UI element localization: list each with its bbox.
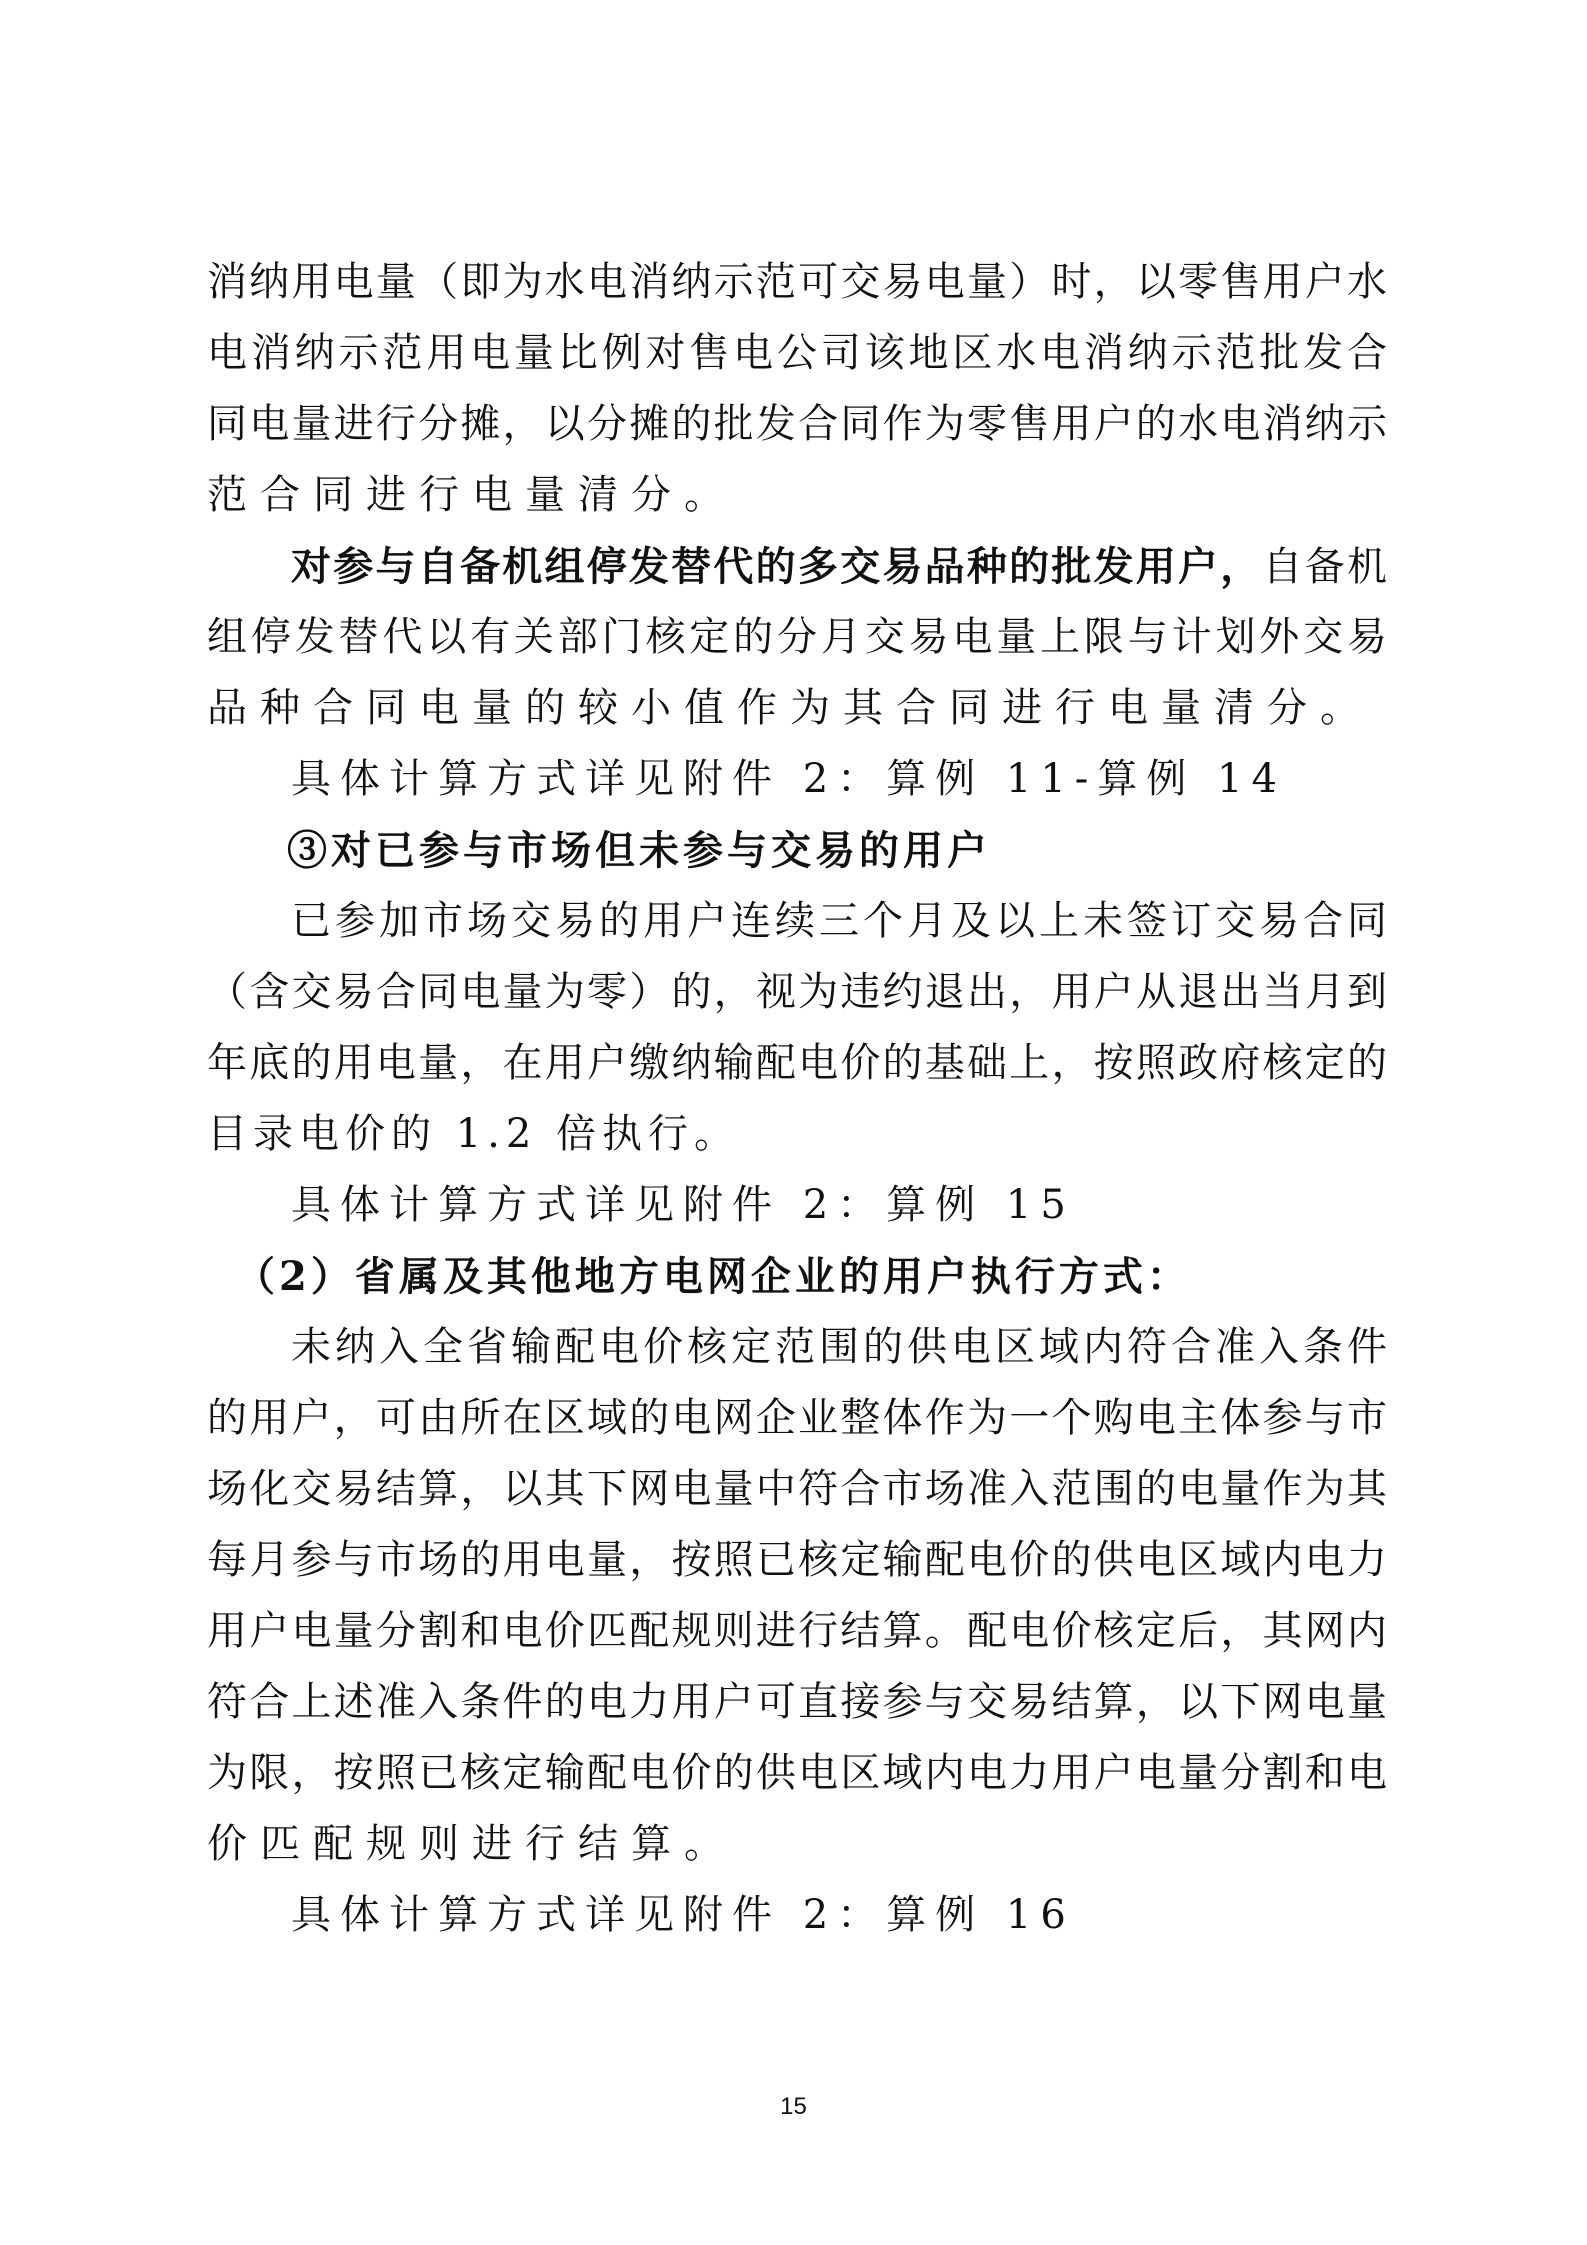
text-line: 价匹配规则进行结算。 [207, 1809, 1387, 1880]
line-text: 范合同进行电量清分。 [207, 460, 737, 531]
text-line: 范合同进行电量清分。 [207, 460, 1387, 531]
text-line: （2）省属及其他地方电网企业的用户执行方式： [207, 1241, 1387, 1312]
line-text: 电消纳示范用电量比例对售电公司该地区水电消纳示范批发合 [207, 318, 1387, 389]
reference-text: 具体计算方式详见附件 2：算例 11-算例 14 [291, 744, 1286, 815]
page-number: 15 [0, 2093, 1587, 2121]
text-line: 消纳用电量（即为水电消纳示范可交易电量）时，以零售用户水 [207, 247, 1387, 318]
line-text: 年底的用电量，在用户缴纳输配电价的基础上，按照政府核定的 [207, 1028, 1387, 1099]
line-text: 品种合同电量的较小值作为其合同进行电量清分。 [207, 673, 1373, 744]
bold-lead-text: 对参与自备机组停发替代的多交易品种的批发用户， [291, 543, 1263, 590]
text-line: 目录电价的 1.2 倍执行。 [207, 1099, 1387, 1170]
section-heading: ③对已参与市场但未参与交易的用户 [287, 815, 991, 886]
line-text: 符合上述准入条件的电力用户可直接参与交易结算，以下网电量 [207, 1667, 1387, 1738]
line-text: 每月参与市场的用电量，按照已核定输配电价的供电区域内电力 [207, 1525, 1387, 1596]
text-line: 具体计算方式详见附件 2：算例 16 [207, 1880, 1387, 1951]
line-text: 未纳入全省输配电价核定范围的供电区域内符合准入条件 [291, 1312, 1387, 1383]
text-line: 电消纳示范用电量比例对售电公司该地区水电消纳示范批发合 [207, 318, 1387, 389]
line-text: 价匹配规则进行结算。 [207, 1809, 737, 1880]
body-text: 消纳用电量（即为水电消纳示范可交易电量）时，以零售用户水 电消纳示范用电量比例对… [207, 247, 1407, 1951]
text-line: 未纳入全省输配电价核定范围的供电区域内符合准入条件 [207, 1312, 1387, 1383]
text-line: 符合上述准入条件的电力用户可直接参与交易结算，以下网电量 [207, 1667, 1387, 1738]
text-line: （含交易合同电量为零）的，视为违约退出，用户从退出当月到 [207, 957, 1387, 1028]
line-text: 组停发替代以有关部门核定的分月交易电量上限与计划外交易 [207, 602, 1387, 673]
reference-text: 具体计算方式详见附件 2：算例 15 [291, 1170, 1075, 1241]
text-line: 组停发替代以有关部门核定的分月交易电量上限与计划外交易 [207, 602, 1387, 673]
line-text: 的用户，可由所在区域的电网企业整体作为一个购电主体参与市 [207, 1383, 1387, 1454]
line-text: 已参加市场交易的用户连续三个月及以上未签订交易合同 [291, 886, 1387, 957]
text-line: ③对已参与市场但未参与交易的用户 [207, 815, 1387, 886]
text-line: 具体计算方式详见附件 2：算例 11-算例 14 [207, 744, 1387, 815]
text-line: 年底的用电量，在用户缴纳输配电价的基础上，按照政府核定的 [207, 1028, 1387, 1099]
text-line: 品种合同电量的较小值作为其合同进行电量清分。 [207, 673, 1387, 744]
text-line: 对参与自备机组停发替代的多交易品种的批发用户，自备机 [207, 531, 1387, 602]
section-heading: （2）省属及其他地方电网企业的用户执行方式： [235, 1241, 1191, 1312]
line-text: （含交易合同电量为零）的，视为违约退出，用户从退出当月到 [207, 957, 1387, 1028]
line-text: 为限，按照已核定输配电价的供电区域内电力用户电量分割和电 [207, 1738, 1387, 1809]
text-line: 具体计算方式详见附件 2：算例 15 [207, 1170, 1387, 1241]
document-page: 消纳用电量（即为水电消纳示范可交易电量）时，以零售用户水 电消纳示范用电量比例对… [0, 0, 1587, 2245]
text-line: 为限，按照已核定输配电价的供电区域内电力用户电量分割和电 [207, 1738, 1387, 1809]
line-text: 消纳用电量（即为水电消纳示范可交易电量）时，以零售用户水 [207, 247, 1387, 318]
line-text: 场化交易结算，以其下网电量中符合市场准入范围的电量作为其 [207, 1454, 1387, 1525]
text-line: 用户电量分割和电价匹配规则进行结算。配电价核定后，其网内 [207, 1596, 1387, 1667]
text-line: 的用户，可由所在区域的电网企业整体作为一个购电主体参与市 [207, 1383, 1387, 1454]
reference-text: 具体计算方式详见附件 2：算例 16 [291, 1880, 1075, 1951]
line-text: 同电量进行分摊，以分摊的批发合同作为零售用户的水电消纳示 [207, 389, 1387, 460]
line-text: 目录电价的 1.2 倍执行。 [207, 1099, 740, 1170]
text-line: 每月参与市场的用电量，按照已核定输配电价的供电区域内电力 [207, 1525, 1387, 1596]
text-line: 场化交易结算，以其下网电量中符合市场准入范围的电量作为其 [207, 1454, 1387, 1525]
text-line: 已参加市场交易的用户连续三个月及以上未签订交易合同 [207, 886, 1387, 957]
regular-text: 自备机 [1263, 544, 1387, 590]
text-line: 同电量进行分摊，以分摊的批发合同作为零售用户的水电消纳示 [207, 389, 1387, 460]
line-text: 对参与自备机组停发替代的多交易品种的批发用户，自备机 [291, 531, 1387, 602]
line-text: 用户电量分割和电价匹配规则进行结算。配电价核定后，其网内 [207, 1596, 1387, 1667]
